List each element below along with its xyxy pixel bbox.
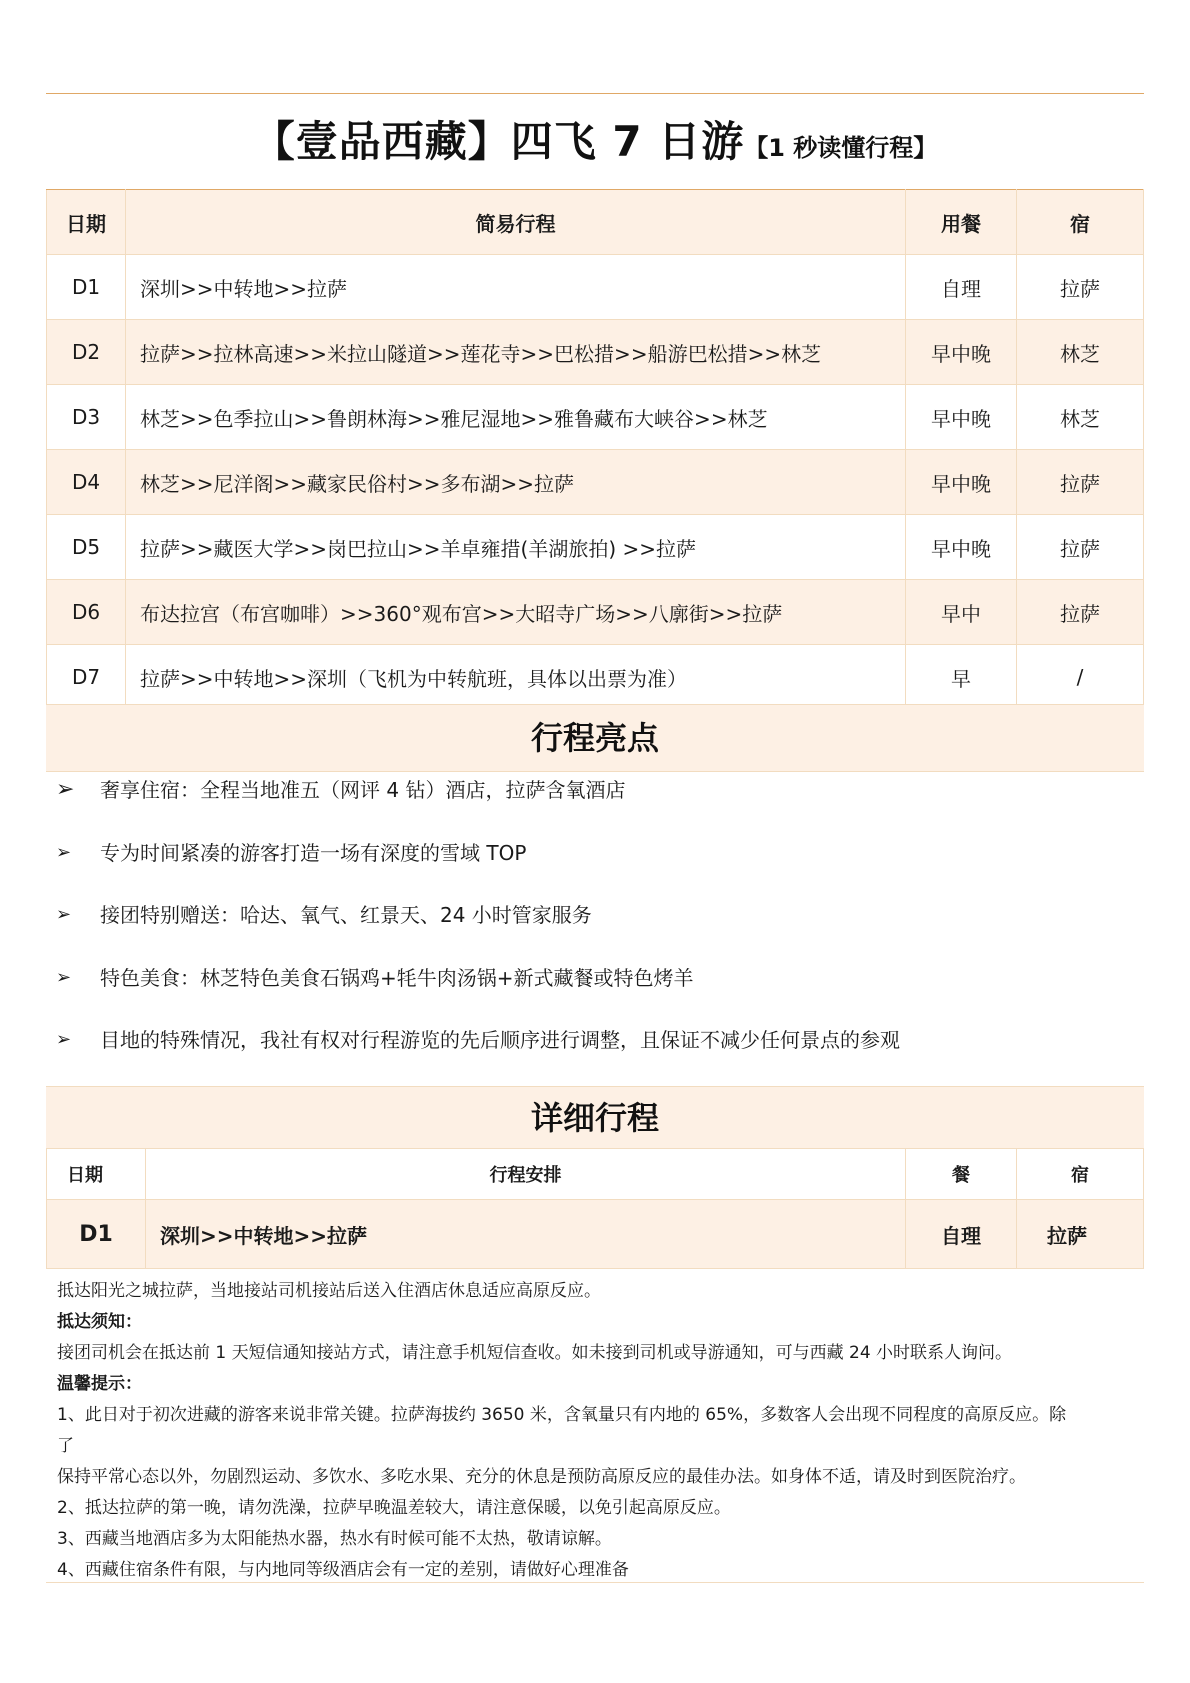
highlight-text: 专为时间紧凑的游客打造一场有深度的雪域 TOP [100,838,526,868]
arrival-notice-text: 接团司机会在抵达前 1 天短信通知接站方式，请注意手机短信查收。如未接到司机或导… [57,1338,1137,1369]
table-row: D1 深圳>>中转地>>拉萨 自理 拉萨 [47,255,1144,320]
cell-route: 拉萨>>拉林高速>>米拉山隧道>>莲花寺>>巴松措>>船游巴松措>>林芝 [126,320,906,385]
cell-day: D5 [47,515,126,580]
arrowhead-bullet-icon: ➢ [56,1025,100,1055]
table-row: D3 林芝>>色季拉山>>鲁朗林海>>雅尼湿地>>雅鲁藏布大峡谷>>林芝 早中晚… [47,385,1144,450]
cell-meal: 自理 [906,1200,1017,1269]
cell-stay: 拉萨 [1017,255,1144,320]
header-stay: 宿 [1017,190,1144,255]
cell-route: 林芝>>尼洋阁>>藏家民俗村>>多布湖>>拉萨 [126,450,906,515]
cell-route: 林芝>>色季拉山>>鲁朗林海>>雅尼湿地>>雅鲁藏布大峡谷>>林芝 [126,385,906,450]
table-row: D1 深圳>>中转地>>拉萨 自理 拉萨 [47,1200,1144,1269]
cell-stay: 拉萨 [1017,1200,1144,1269]
arrowhead-bullet-icon: ➢ [56,963,100,993]
cell-meal: 早中晚 [906,515,1017,580]
intro-text: 抵达阳光之城拉萨，当地接站司机接站后送入住酒店休息适应高原反应。 [57,1276,1137,1307]
arrival-notice-label: 抵达须知： [57,1307,1137,1338]
cell-day: D7 [47,645,126,710]
header-meal: 餐 [906,1149,1017,1200]
highlights-heading: 行程亮点 [46,704,1144,772]
cell-meal: 早 [906,645,1017,710]
tips-label: 温馨提示： [57,1369,1137,1400]
tip-line: 保持平常心态以外，勿剧烈运动、多饮水、多吃水果、充分的休息是预防高原反应的最佳办… [57,1462,1137,1493]
cell-route: 拉萨>>中转地>>深圳（飞机为中转航班，具体以出票为准） [126,645,906,710]
cell-day: D4 [47,450,126,515]
cell-route: 布达拉宫（布宫咖啡）>>360°观布宫>>大昭寺广场>>八廓街>>拉萨 [126,580,906,645]
title-subtitle: 【1 秒读懂行程】 [744,134,937,162]
cell-meal: 早中晚 [906,450,1017,515]
cell-day: D6 [47,580,126,645]
table-row: D7 拉萨>>中转地>>深圳（飞机为中转航班，具体以出票为准） 早 / [47,645,1144,710]
cell-day: D3 [47,385,126,450]
highlight-text: 特色美食：林芝特色美食石锅鸡+牦牛肉汤锅+新式藏餐或特色烤羊 [100,963,694,993]
cell-meal: 早中 [906,580,1017,645]
arrowhead-bullet-icon: ➢ [56,775,100,805]
bottom-divider [46,1582,1144,1583]
cell-route: 拉萨>>藏医大学>>岗巴拉山>>羊卓雍措(羊湖旅拍) >>拉萨 [126,515,906,580]
cell-meal: 早中晚 [906,385,1017,450]
page-title: 【壹品西藏】四飞 7 日游【1 秒读懂行程】 [46,112,1144,178]
detail-itinerary-table: 日期 行程安排 餐 宿 D1 深圳>>中转地>>拉萨 自理 拉萨 [46,1148,1144,1269]
cell-day: D1 [47,255,126,320]
highlights-list: ➢ 奢享住宿：全程当地准五（网评 4 钻）酒店，拉萨含氧酒店 ➢ 专为时间紧凑的… [56,775,1136,1088]
list-item: ➢ 奢享住宿：全程当地准五（网评 4 钻）酒店，拉萨含氧酒店 [56,775,1136,838]
cell-day: D2 [47,320,126,385]
detail-heading: 详细行程 [46,1086,1144,1150]
highlight-text: 奢享住宿：全程当地准五（网评 4 钻）酒店，拉萨含氧酒店 [100,775,625,805]
summary-itinerary-table: 日期 简易行程 用餐 宿 D1 深圳>>中转地>>拉萨 自理 拉萨 D2 拉萨>… [46,189,1144,710]
cell-meal: 早中晚 [906,320,1017,385]
tip-line: 1、此日对于初次进藏的游客来说非常关键。拉萨海拔约 3650 米，含氧量只有内地… [57,1400,1137,1431]
list-item: ➢ 专为时间紧凑的游客打造一场有深度的雪域 TOP [56,838,1136,901]
table-row: D4 林芝>>尼洋阁>>藏家民俗村>>多布湖>>拉萨 早中晚 拉萨 [47,450,1144,515]
header-day: 日期 [47,1149,146,1200]
cell-stay: 拉萨 [1017,580,1144,645]
table-row: D6 布达拉宫（布宫咖啡）>>360°观布宫>>大昭寺广场>>八廓街>>拉萨 早… [47,580,1144,645]
table-row: D2 拉萨>>拉林高速>>米拉山隧道>>莲花寺>>巴松措>>船游巴松措>>林芝 … [47,320,1144,385]
cell-stay: 林芝 [1017,385,1144,450]
header-meal: 用餐 [906,190,1017,255]
table-header-row: 日期 简易行程 用餐 宿 [47,190,1144,255]
tip-line: 了 [57,1431,1137,1462]
cell-route: 深圳>>中转地>>拉萨 [126,255,906,320]
cell-stay: 拉萨 [1017,515,1144,580]
highlight-text: 接团特别赠送：哈达、氧气、红景天、24 小时管家服务 [100,900,592,930]
cell-stay: 林芝 [1017,320,1144,385]
list-item: ➢ 接团特别赠送：哈达、氧气、红景天、24 小时管家服务 [56,900,1136,963]
cell-day: D1 [47,1200,146,1269]
day1-notes: 抵达阳光之城拉萨，当地接站司机接站后送入住酒店休息适应高原反应。 抵达须知： 接… [57,1276,1137,1586]
list-item: ➢ 目地的特殊情况，我社有权对行程游览的先后顺序进行调整，且保证不减少任何景点的… [56,1025,1136,1088]
cell-route: 深圳>>中转地>>拉萨 [146,1200,906,1269]
list-item: ➢ 特色美食：林芝特色美食石锅鸡+牦牛肉汤锅+新式藏餐或特色烤羊 [56,963,1136,1026]
tip-line: 2、抵达拉萨的第一晚，请勿洗澡，拉萨早晚温差较大，请注意保暖，以免引起高原反应。 [57,1493,1137,1524]
tip-line: 3、西藏当地酒店多为太阳能热水器，热水有时候可能不太热，敬请谅解。 [57,1524,1137,1555]
table-row: D5 拉萨>>藏医大学>>岗巴拉山>>羊卓雍措(羊湖旅拍) >>拉萨 早中晚 拉… [47,515,1144,580]
header-stay: 宿 [1017,1149,1144,1200]
cell-stay: 拉萨 [1017,450,1144,515]
header-route: 简易行程 [126,190,906,255]
top-divider [46,93,1144,94]
cell-stay: / [1017,645,1144,710]
title-main: 【壹品西藏】四飞 7 日游 [253,117,744,166]
header-day: 日期 [47,190,126,255]
cell-meal: 自理 [906,255,1017,320]
table-header-row: 日期 行程安排 餐 宿 [47,1149,1144,1200]
arrowhead-bullet-icon: ➢ [56,838,100,868]
highlight-text: 目地的特殊情况，我社有权对行程游览的先后顺序进行调整，且保证不减少任何景点的参观 [100,1025,900,1055]
arrowhead-bullet-icon: ➢ [56,900,100,930]
header-route: 行程安排 [146,1149,906,1200]
